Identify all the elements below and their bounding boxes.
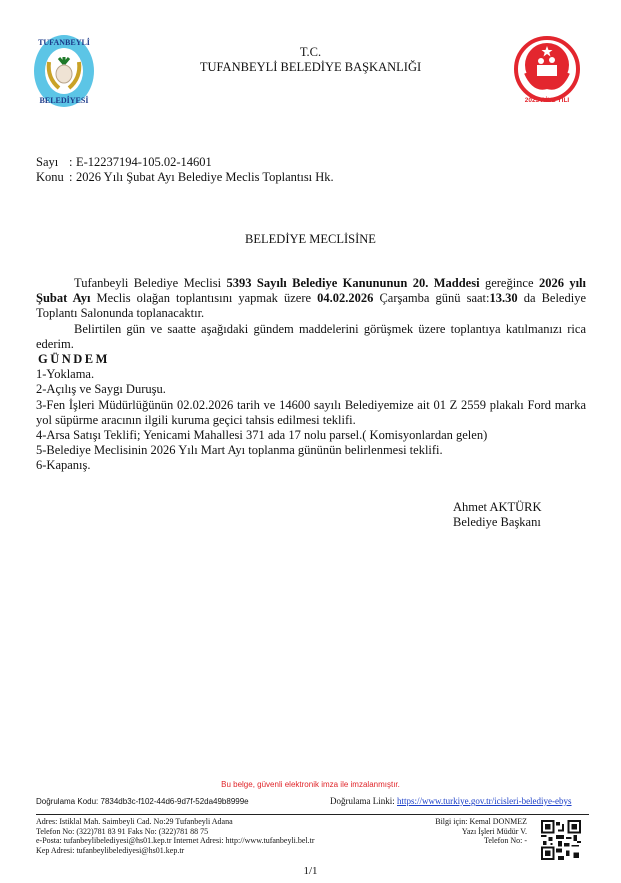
address-line: e-Posta: tufanbeylibelediyesi@hs01.kep.t… [36,836,315,846]
agenda-item: 2-Açılış ve Saygı Duruşu. [36,382,586,397]
agenda-item: 5-Belediye Meclisinin 2026 Yılı Mart Ayı… [36,443,586,458]
esign-notice: Bu belge, güvenli elektronik imza ile im… [0,780,621,789]
agenda-title: GÜNDEM [38,352,586,367]
agenda-item: 6-Kapanış. [36,458,586,473]
law-reference: 5393 Sayılı Belediye Kanununun 20. Madde… [227,276,480,290]
contact-info-block: Bilgi için: Kemal DONMEZYazı İşleri Müdü… [400,817,527,846]
sayi-label: Sayı [36,155,69,170]
info-line: Bilgi için: Kemal DONMEZ [400,817,527,827]
contact-address-block: Adres: Istiklal Mah. Saimbeyli Cad. No:2… [36,817,315,855]
verification-link-url[interactable]: https://www.turkiye.gov.tr/icisleri-bele… [397,796,572,806]
verification-link-label: Doğrulama Linki: [330,796,395,806]
konu-row: Konu : 2026 Yılı Şubat Ayı Belediye Mecl… [36,170,356,185]
header-institution: TUFANBEYLİ BELEDİYE BAŞKANLIĞI [0,60,621,75]
page-number: 1/1 [0,865,621,877]
agenda-item: 3-Fen İşleri Müdürlüğünün 02.02.2026 tar… [36,398,586,428]
signatory-name: Ahmet AKTÜRK [453,500,542,515]
sayi-row: Sayı : E-12237194-105.02-14601 [36,155,356,170]
body-paragraph-2: Belirtilen gün ve saatte aşağıdaki günde… [36,322,586,352]
sayi-colon: : [69,155,76,170]
signature-block: Ahmet AKTÜRK Belediye Başkanı [453,500,542,530]
verification-code-label: Doğrulama Kodu: [36,797,98,806]
p1-text-3: Meclis olağan toplantısını yapmak üzere [90,291,317,305]
footer-divider [36,814,589,815]
signatory-title: Belediye Başkanı [453,515,542,530]
address-line: Kep Adresi: tufanbeylibelediyesi@hs01.ke… [36,846,315,856]
konu-colon: : [69,170,76,185]
meeting-time: 13.30 [490,291,518,305]
document-meta: Sayı : E-12237194-105.02-14601 Konu : 20… [36,155,356,185]
address-line: Telefon No: (322)781 83 91 Faks No: (322… [36,827,315,837]
body-paragraph-1: Tufanbeyli Belediye Meclisi 5393 Sayılı … [36,276,586,322]
info-line: Yazı İşleri Müdür V. [400,827,527,837]
svg-text:BELEDİYESİ: BELEDİYESİ [40,95,89,105]
verification-code: Doğrulama Kodu: 7834db3c-f102-44d6-9d7f-… [36,797,249,806]
agenda-item: 4-Arsa Satışı Teklifi; Yenicami Mahalles… [36,428,586,443]
p1-text-4: Çarşamba günü saat: [373,291,489,305]
qr-code-icon [541,820,581,860]
verification-code-value: 7834db3c-f102-44d6-9d7f-52da49b8999e [101,797,249,806]
info-line: Telefon No: - [400,836,527,846]
konu-label: Konu [36,170,69,185]
verification-link: Doğrulama Linki: https://www.turkiye.gov… [330,796,572,806]
konu-value: 2026 Yılı Şubat Ayı Belediye Meclis Topl… [76,170,356,185]
recipient-title: BELEDİYE MECLİSİNE [0,232,621,247]
svg-text:2025 AİLE YILI: 2025 AİLE YILI [525,96,570,104]
header-tc: T.C. [0,45,621,60]
sayi-value: E-12237194-105.02-14601 [76,155,356,170]
letter-body: Tufanbeyli Belediye Meclisi 5393 Sayılı … [36,276,586,474]
p1-text-2: gereğince [480,276,539,290]
address-line: Adres: Istiklal Mah. Saimbeyli Cad. No:2… [36,817,315,827]
agenda-item: 1-Yoklama. [36,367,586,382]
meeting-date: 04.02.2026 [317,291,373,305]
agenda-list: 1-Yoklama.2-Açılış ve Saygı Duruşu.3-Fen… [36,367,586,473]
p1-text-1: Tufanbeyli Belediye Meclisi [74,276,227,290]
